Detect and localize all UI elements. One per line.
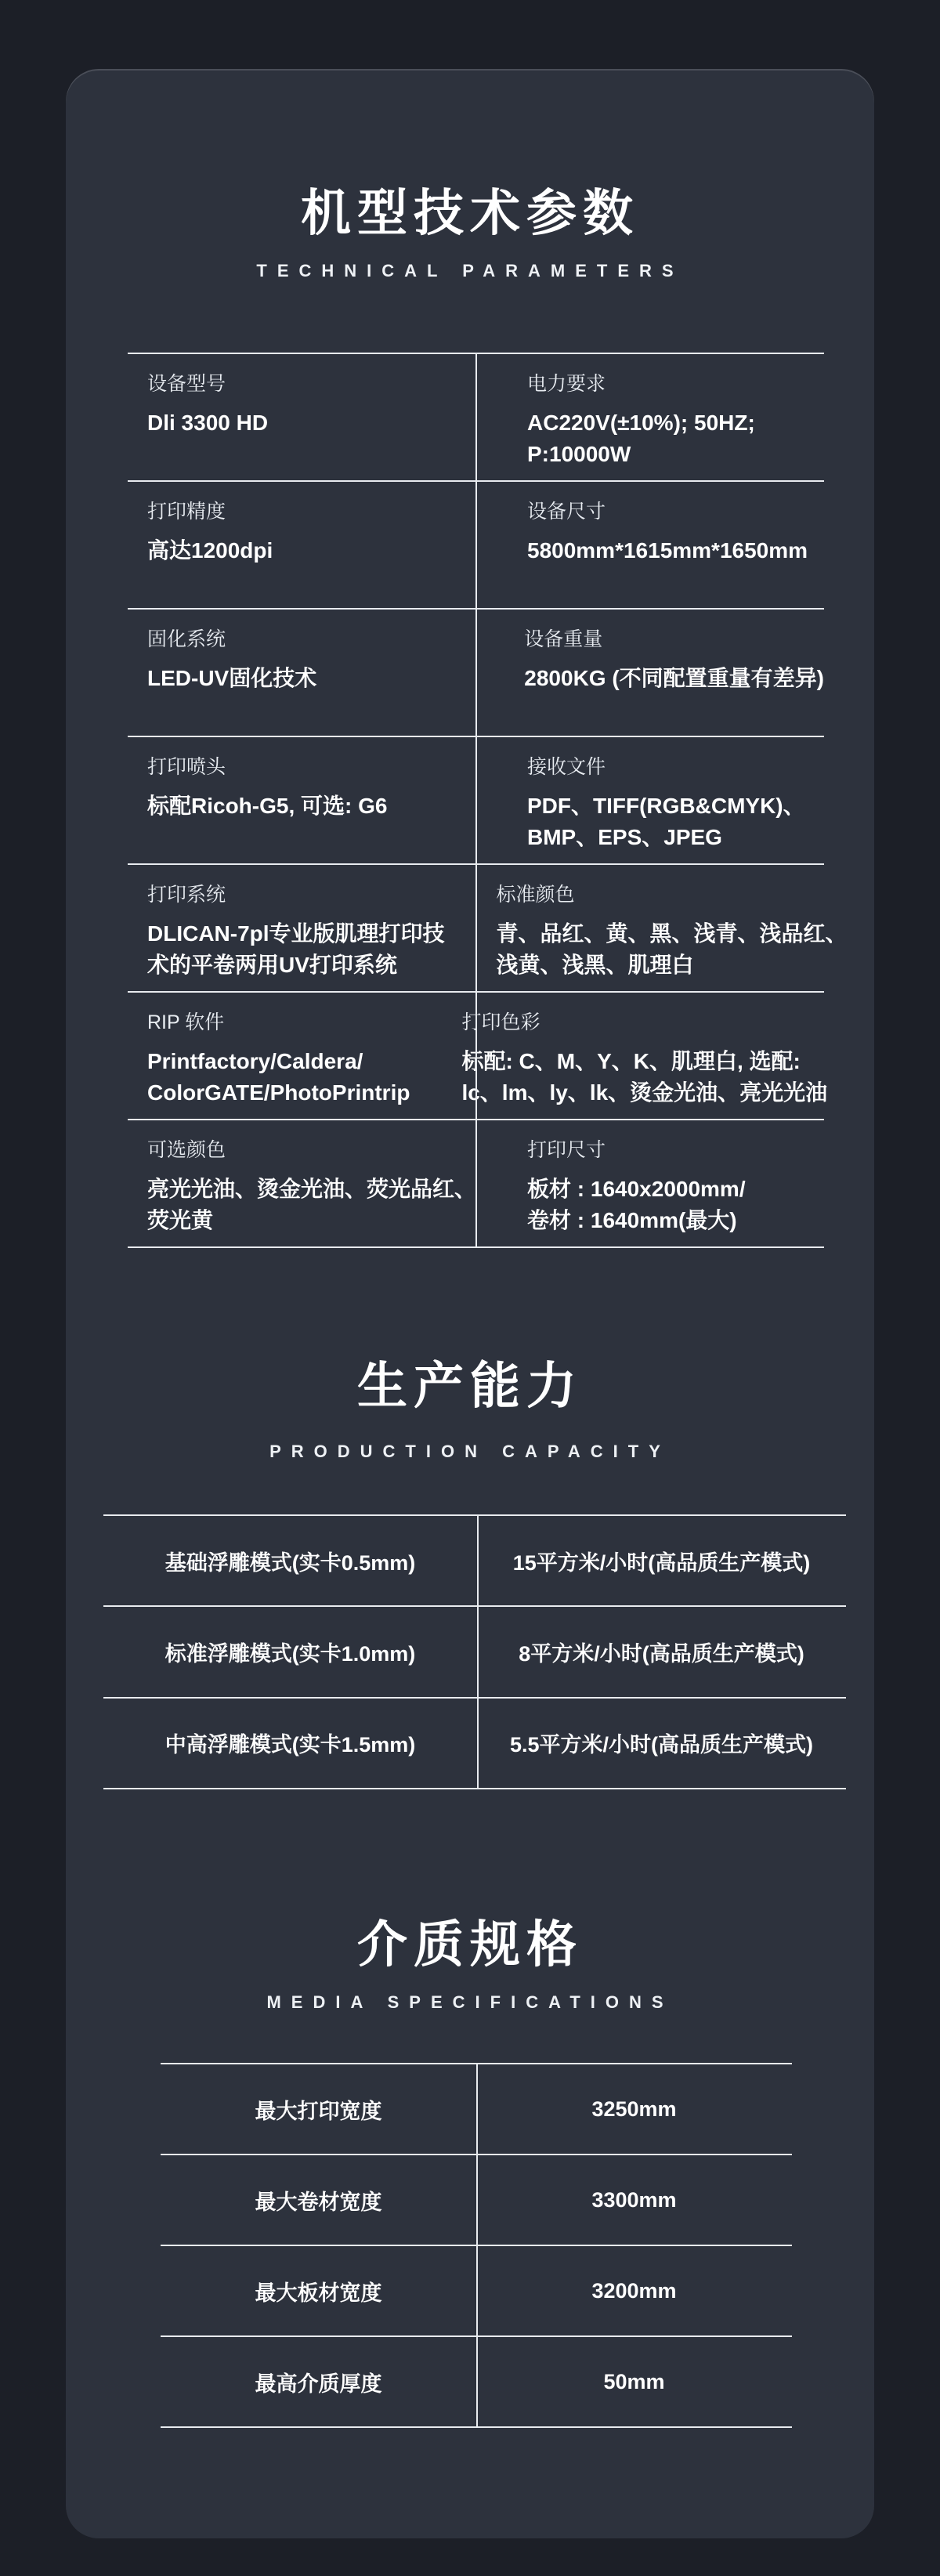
- mode-cell: 中高浮雕模式(实卡1.5mm): [103, 1699, 477, 1788]
- section-title-media: 介质规格: [66, 1916, 874, 1974]
- spec-label: 固化系统: [147, 627, 472, 653]
- spec-label: 标准颜色: [497, 882, 848, 908]
- spec-label: 打印尺寸: [527, 1138, 824, 1163]
- section-subtitle-technical: TECHNICAL PARAMETERS: [66, 261, 874, 281]
- spec-cell: 接收文件 PDF、TIFF(RGB&CMYK)、 BMP、EPS、JPEG: [475, 737, 824, 863]
- column-divider: [475, 354, 477, 1248]
- spec-value: 板材 : 1640x2000mm/ 卷材 : 1640mm(最大): [527, 1174, 824, 1237]
- spec-value: 2800KG (不同配置重量有差异): [524, 663, 824, 695]
- spec-cell: 设备尺寸 5800mm*1615mm*1650mm: [475, 482, 824, 608]
- mode-cell: 基础浮雕模式(实卡0.5mm): [103, 1516, 477, 1605]
- section-title-technical: 机型技术参数: [66, 185, 874, 243]
- spec-cell: RIP 软件 Printfactory/Caldera/ ColorGATE/P…: [128, 993, 410, 1119]
- section-subtitle-media: MEDIA SPECIFICATIONS: [66, 1992, 874, 2013]
- spec-cell: 设备型号 Dli 3300 HD: [128, 354, 475, 480]
- spec-label: 可选颜色: [147, 1138, 475, 1163]
- spec-label: 打印精度: [147, 499, 475, 525]
- property-cell: 最大卷材宽度: [161, 2155, 476, 2245]
- spec-label: 设备尺寸: [527, 499, 824, 525]
- spec-value: DLICAN-7pl专业版肌理打印技 术的平卷两用UV打印系统: [147, 918, 445, 982]
- spec-label: RIP 软件: [147, 1010, 410, 1036]
- spec-value: 青、品红、黄、黑、浅青、浅品红、 浅黄、浅黑、肌理白: [497, 918, 848, 982]
- spec-label: 电力要求: [527, 371, 824, 397]
- spec-label: 接收文件: [527, 754, 824, 780]
- value-cell: 3200mm: [476, 2246, 792, 2335]
- column-divider: [476, 2064, 478, 2428]
- column-divider: [477, 1516, 479, 1789]
- spec-value: AC220V(±10%); 50HZ; P:10000W: [527, 407, 824, 471]
- spec-value: 高达1200dpi: [147, 535, 475, 567]
- spec-cell: 打印喷头 标配Ricoh-G5, 可选: G6: [128, 737, 475, 863]
- spec-card: 机型技术参数 TECHNICAL PARAMETERS 设备型号 Dli 330…: [66, 69, 874, 2538]
- spec-cell: 打印精度 高达1200dpi: [128, 482, 475, 608]
- value-cell: 3300mm: [476, 2155, 792, 2245]
- spec-cell: 打印尺寸 板材 : 1640x2000mm/ 卷材 : 1640mm(最大): [475, 1120, 824, 1246]
- property-cell: 最大打印宽度: [161, 2064, 476, 2154]
- spec-cell: 打印系统 DLICAN-7pl专业版肌理打印技 术的平卷两用UV打印系统: [128, 865, 445, 991]
- spec-value: Dli 3300 HD: [147, 407, 475, 440]
- section-title-production: 生产能力: [66, 1358, 874, 1416]
- spec-cell: 标准颜色 青、品红、黄、黑、浅青、浅品红、 浅黄、浅黑、肌理白: [445, 865, 848, 991]
- spec-value: 亮光光油、烫金光油、荧光品红、 荧光黄: [147, 1174, 475, 1237]
- spec-cell: 电力要求 AC220V(±10%); 50HZ; P:10000W: [475, 354, 824, 480]
- spec-value: LED-UV固化技术: [147, 663, 472, 695]
- table-row: 中高浮雕模式(实卡1.5mm) 5.5平方米/小时(高品质生产模式): [103, 1699, 846, 1789]
- property-cell: 最大板材宽度: [161, 2246, 476, 2335]
- spec-label: 打印喷头: [147, 754, 475, 780]
- mode-cell: 标准浮雕模式(实卡1.0mm): [103, 1607, 477, 1696]
- capacity-cell: 15平方米/小时(高品质生产模式): [477, 1516, 846, 1605]
- capacity-cell: 5.5平方米/小时(高品质生产模式): [477, 1699, 846, 1788]
- technical-parameters-table: 设备型号 Dli 3300 HD 电力要求 AC220V(±10%); 50HZ…: [128, 353, 824, 1248]
- spec-cell: 固化系统 LED-UV固化技术: [128, 610, 472, 736]
- table-row: 基础浮雕模式(实卡0.5mm) 15平方米/小时(高品质生产模式): [103, 1516, 846, 1607]
- value-cell: 3250mm: [476, 2064, 792, 2154]
- capacity-cell: 8平方米/小时(高品质生产模式): [477, 1607, 846, 1696]
- spec-label: 打印色彩: [461, 1010, 827, 1036]
- spec-label: 打印系统: [147, 882, 445, 908]
- spec-value: 标配: C、M、Y、K、肌理白, 选配: lc、lm、ly、lk、烫金光油、亮光…: [461, 1046, 827, 1109]
- spec-label: 设备型号: [147, 371, 475, 397]
- spec-cell: 可选颜色 亮光光油、烫金光油、荧光品红、 荧光黄: [128, 1120, 475, 1246]
- spec-sheet-page: 机型技术参数 TECHNICAL PARAMETERS 设备型号 Dli 330…: [0, 0, 940, 2576]
- spec-value: Printfactory/Caldera/ ColorGATE/PhotoPri…: [147, 1046, 410, 1109]
- section-subtitle-production: PRODUCTION CAPACITY: [66, 1442, 874, 1462]
- spec-value: 5800mm*1615mm*1650mm: [527, 535, 824, 567]
- property-cell: 最高介质厚度: [161, 2337, 476, 2426]
- spec-value: PDF、TIFF(RGB&CMYK)、 BMP、EPS、JPEG: [527, 791, 824, 854]
- production-capacity-table: 基础浮雕模式(实卡0.5mm) 15平方米/小时(高品质生产模式) 标准浮雕模式…: [103, 1514, 846, 1789]
- spec-label: 设备重量: [524, 627, 824, 653]
- spec-value: 标配Ricoh-G5, 可选: G6: [147, 791, 475, 823]
- media-specifications-table: 最大打印宽度 3250mm 最大卷材宽度 3300mm 最大板材宽度 3200m…: [161, 2063, 792, 2428]
- table-row: 标准浮雕模式(实卡1.0mm) 8平方米/小时(高品质生产模式): [103, 1607, 846, 1698]
- spec-cell: 设备重量 2800KG (不同配置重量有差异): [472, 610, 824, 736]
- value-cell: 50mm: [476, 2337, 792, 2426]
- spec-cell: 打印色彩 标配: C、M、Y、K、肌理白, 选配: lc、lm、ly、lk、烫金…: [410, 993, 827, 1119]
